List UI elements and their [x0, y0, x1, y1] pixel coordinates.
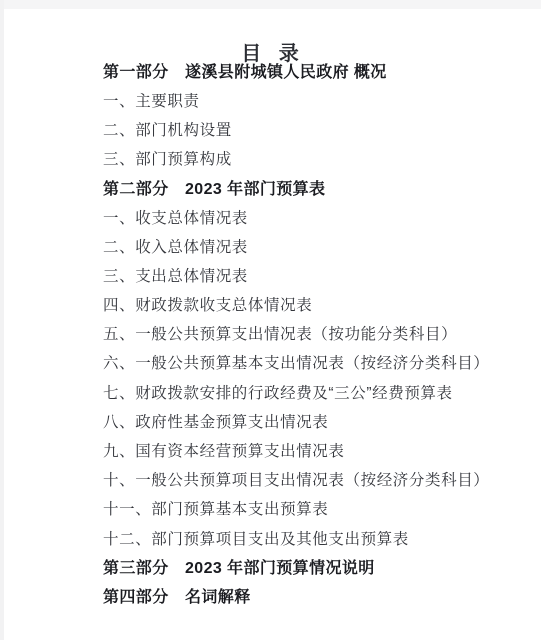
- toc-item: 三、部门预算构成: [103, 144, 541, 173]
- page-top-edge-shade: [0, 0, 541, 9]
- toc-item: 二、部门机构设置: [103, 114, 541, 143]
- toc-item: 八、政府性基金预算支出情况表: [103, 406, 541, 435]
- toc-item: 七、财政拨款安排的行政经费及“三公”经费预算表: [103, 377, 541, 406]
- toc-item: 十二、部门预算项目支出及其他支出预算表: [103, 523, 541, 552]
- toc-section-heading: 第四部分 名词解释: [103, 581, 541, 610]
- toc-item: 二、收入总体情况表: [103, 231, 541, 260]
- toc-item: 一、主要职责: [103, 85, 541, 114]
- toc-item: 六、一般公共预算基本支出情况表（按经济分类科目）: [103, 348, 541, 377]
- toc-item: 十、一般公共预算项目支出情况表（按经济分类科目）: [103, 465, 541, 494]
- toc-section-heading: 第三部分 2023 年部门预算情况说明: [103, 552, 541, 581]
- toc-item: 一、收支总体情况表: [103, 202, 541, 231]
- document-page: { "document": { "title": "目 录", "toc": […: [0, 0, 541, 640]
- toc-item: 五、一般公共预算支出情况表（按功能分类科目）: [103, 319, 541, 348]
- toc-item: 三、支出总体情况表: [103, 260, 541, 289]
- toc-section-heading: 第一部分 遂溪县附城镇人民政府 概况: [103, 56, 541, 85]
- toc-section-heading: 第二部分 2023 年部门预算表: [103, 173, 541, 202]
- toc-item: 九、国有资本经营预算支出情况表: [103, 435, 541, 464]
- page-left-edge-shade: [0, 0, 4, 640]
- toc-item: 十一、部门预算基本支出预算表: [103, 494, 541, 523]
- toc-item: 四、财政拨款收支总体情况表: [103, 290, 541, 319]
- table-of-contents: 第一部分 遂溪县附城镇人民政府 概况 一、主要职责 二、部门机构设置 三、部门预…: [103, 56, 541, 611]
